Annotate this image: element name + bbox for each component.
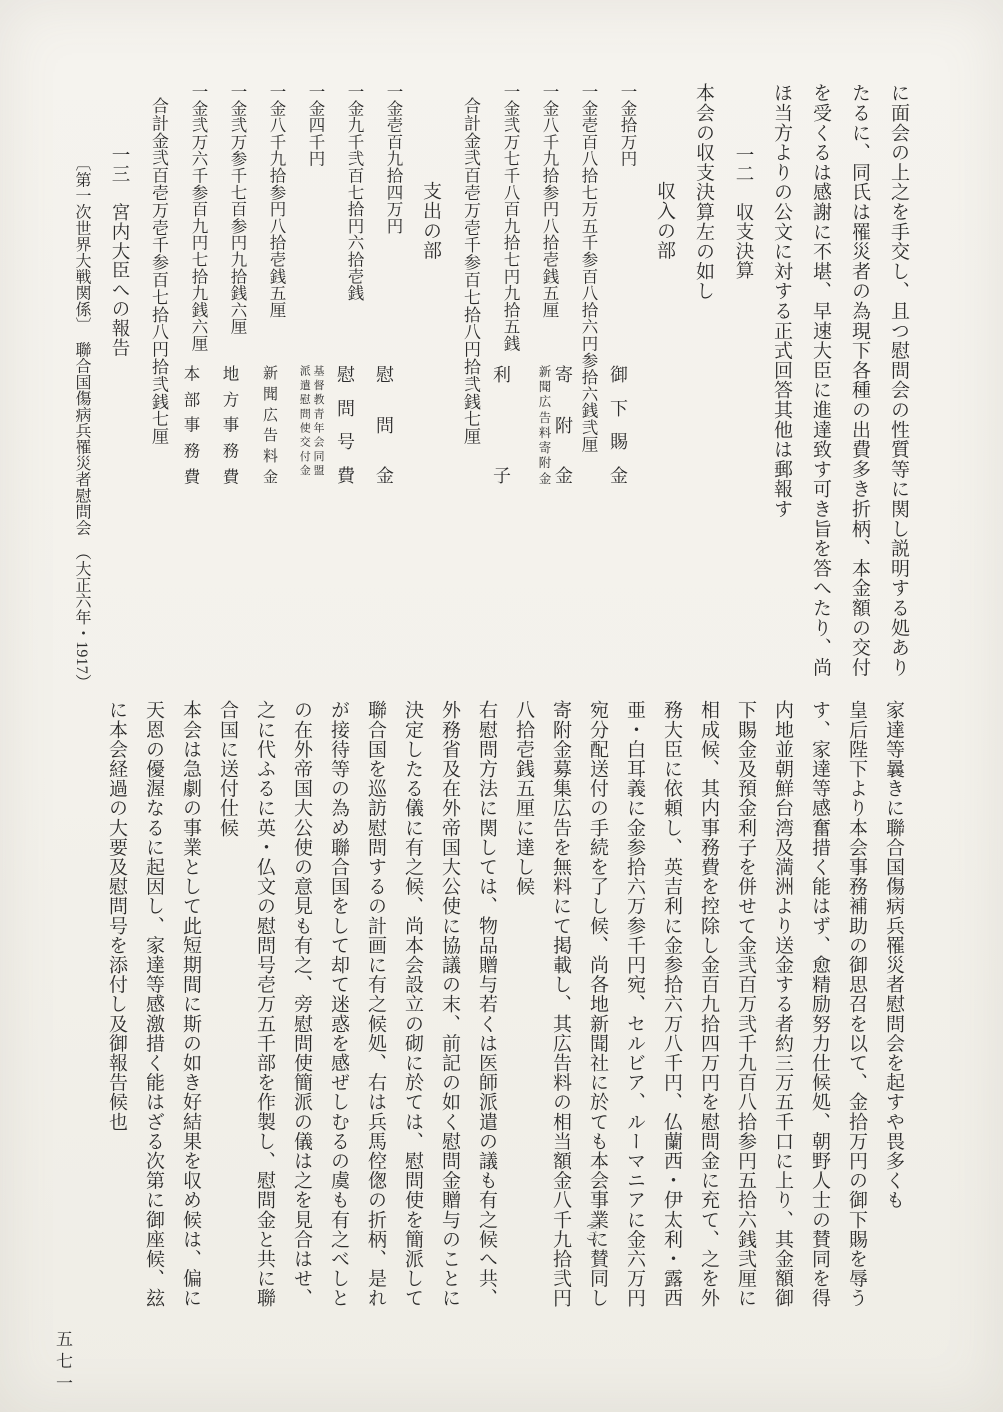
body-line: たるに、同氏は罹災者の為現下各種の出費多き折柄、本金額の交付 — [834, 83, 873, 683]
label-char: 新 — [535, 365, 553, 378]
report-line: 務大臣に依頼し、英吉利に金参拾六万八千円、仏蘭西・伊太利・露西 — [648, 700, 685, 1315]
label-char: 広 — [535, 395, 553, 408]
amount-text: 一金壱百八拾七万五千参百八拾六円参拾六銭弐厘 — [579, 83, 598, 453]
report-line: 八拾壱銭五厘に達し候 — [500, 700, 537, 1315]
report-line: 聯合国を巡訪慰問するの計画に有之候処、右は兵馬倥偬の折柄、是れ — [352, 700, 389, 1315]
amount-text: 一金弐万七千八百九拾七円九拾五銭 — [501, 83, 520, 352]
scanned-document-page: に面会の上之を手交し、且つ慰問会の性質等に関し説明する処あり たるに、同氏は罹災… — [0, 0, 1003, 1412]
expense-item: 一金四千円 基督教青年会同盟 派遣慰問使交付金 — [288, 83, 327, 683]
amount-label: 本部事務費 — [178, 365, 202, 485]
bottom-text-block: 家達等曩きに聯合国傷病兵罹災者慰問会を起すや畏多くも 皇后陛下より本会事務補助の… — [93, 700, 907, 1315]
report-line: 天恩の優渥なるに起因し、家達等感激措く能はざる次第に御座候、玆 — [130, 700, 167, 1315]
report-line: 決定したる儀に有之候、尚本会設立の砌に於ては、慰問使を簡派して — [389, 700, 426, 1315]
label-char: 事 — [178, 416, 202, 433]
amount-text: 一金弐万六千参百九円七拾九銭六厘 — [189, 83, 208, 352]
label-char: 子 — [488, 466, 514, 485]
report-line: 下賜金及預金利子を併せて金弐百万弐千九百八拾参円五拾六銭弐厘に — [722, 700, 759, 1315]
amount-label-line: 派遣慰問使交付金 — [297, 365, 311, 489]
label-char: 聞 — [259, 386, 280, 402]
report-line: す、家達等感奮措く能はず、愈精励努力仕候処、朝野人士の賛同を得 — [796, 700, 833, 1315]
report-line: 合国に送付仕候 — [204, 700, 241, 1315]
expense-part-header: 支出の部 — [405, 83, 444, 781]
expense-total-line: 合計金弐百壱万壱千参百七拾八円拾弐銭七厘 — [132, 83, 171, 697]
top-text-block: に面会の上之を手交し、且つ慰問会の性質等に関し説明する処あり たるに、同氏は罹災… — [54, 83, 912, 683]
amount-label: 慰問金 — [371, 365, 397, 485]
label-char: 問 — [332, 399, 358, 418]
page-number: 五七一 — [50, 1330, 75, 1396]
report-line: の在外帝国大公使の意見も有之、旁慰問使簡派の儀は之を見合はせ、 — [278, 700, 315, 1315]
label-char: 本 — [178, 365, 202, 382]
report-line: 内地並朝鮮台湾及満洲より送金する者約三万五千口に上り、其金額御 — [759, 700, 796, 1315]
intro-line: 本会の収支決算左の如し — [678, 83, 717, 683]
report-line: 外務省及在外帝国大公使に協議の末、前記の如く慰問金贈与のことに — [426, 700, 463, 1315]
label-char: 新 — [259, 365, 280, 381]
amount-text: 一金拾万円 — [618, 83, 637, 167]
label-char: 広 — [259, 407, 280, 423]
amount-text: 一金八千九拾参円八拾壱銭五厘 — [540, 83, 559, 318]
report-line: 之に代ふるに英・仏文の慰問号壱万五千部を作製し、慰問金と共に聯 — [241, 700, 278, 1315]
label-char: 号 — [332, 432, 358, 451]
report-line: 宛分配送付の手続を了し候、尚各地新聞社に於ても本会事業に賛同し (三) — [574, 700, 611, 1315]
amount-text: 一金四千円 — [306, 83, 325, 167]
report-line: が接待等の為め聯合国をして却て迷惑を感ぜしむるの虞も有之べしと — [315, 700, 352, 1315]
expense-item: 一金壱百九拾四万円 慰問金 — [366, 83, 405, 683]
section-heading-13: 一三 宮内大臣への報告 — [93, 83, 132, 745]
amount-label: 慰問号費 — [332, 365, 358, 485]
label-char: 告 — [535, 411, 553, 424]
label-char: 慰 — [332, 365, 358, 384]
amount-text: 一金弐万参千七百参円九拾銭六厘 — [228, 83, 247, 335]
income-item: 一金壱百八拾七万五千参百八拾六円参拾六銭弐厘 寄附金 — [561, 83, 600, 683]
label-char: 事 — [217, 416, 241, 433]
expense-item: 一金九千弐百七拾円六拾壱銭 慰問号費 — [327, 83, 366, 683]
report-line: 相成候、其内事務費を控除し金百九拾四万円を慰問金に充て、之を外 — [685, 700, 722, 1315]
amount-label: 御下賜金 — [605, 365, 631, 485]
label-char: 賜 — [605, 432, 631, 451]
report-line: に本会経過の大要及慰問号を添付し及御報告候也 — [93, 700, 130, 1315]
report-line: 皇后陛下より本会事務補助の御思召を以て、金拾万円の御下賜を辱う — [833, 700, 870, 1315]
section-heading-12: 一二 収支決算 — [717, 83, 756, 745]
income-item: 一金八千九拾参円八拾壱銭五厘 新聞広告料寄附金 — [522, 83, 561, 683]
amount-text: 一金壱百九拾四万円 — [384, 83, 403, 234]
report-line: 右慰問方法に関しては、物品贈与若くは医師派遣の議も有之候へ共、 — [463, 700, 500, 1315]
label-char: 務 — [178, 442, 202, 459]
amount-label: 基督教青年会同盟 派遣慰問使交付金 — [297, 365, 325, 489]
label-char: 下 — [605, 399, 631, 418]
label-char: 金 — [605, 466, 631, 485]
amount-label: 新聞広告料寄附金 — [535, 365, 553, 485]
expense-item: 一金弐万参千七百参円九拾銭六厘 地方事務費 — [210, 83, 249, 683]
label-char: 御 — [605, 365, 631, 384]
label-char: 慰 — [371, 365, 397, 384]
label-char: 附 — [535, 456, 553, 469]
amount-text: 一金八千九拾参円八拾壱銭五厘 — [267, 83, 286, 318]
source-attribution-line: 〔第一次世界大戦関係〕 聯合国傷病兵罹災者慰問会 （大正六年・1917） — [54, 83, 93, 755]
report-line: 本会は急劇の事業として此短期間に斯の如き好結果を収め候は、偏に — [167, 700, 204, 1315]
label-char: 部 — [178, 391, 202, 408]
label-char: 地 — [217, 365, 241, 382]
income-item: 一金拾万円 御下賜金 — [600, 83, 639, 683]
label-char: 費 — [217, 468, 241, 485]
label-char: 金 — [535, 472, 553, 485]
interlinear-note: (三) — [584, 1224, 599, 1241]
amount-label: 地方事務費 — [217, 365, 241, 485]
label-char: 費 — [332, 466, 358, 485]
label-char: 利 — [488, 365, 514, 384]
amount-text: 一金九千弐百七拾円六拾壱銭 — [345, 83, 364, 301]
label-char: 料 — [259, 448, 280, 464]
label-char: 聞 — [535, 380, 553, 393]
label-char: 告 — [259, 427, 280, 443]
label-char: 金 — [371, 466, 397, 485]
report-line-text: 宛分配送付の手続を了し候、尚各地新聞社に於ても本会事業に賛同し — [587, 700, 608, 1308]
label-char: 金 — [259, 469, 280, 485]
amount-label-line: 基督教青年会同盟 — [310, 365, 324, 489]
report-line: 亜・白耳義に金参拾六万参千円宛、セルビア、ルーマニアに金六万円 — [611, 700, 648, 1315]
amount-label: 新聞広告料金 — [259, 365, 280, 485]
body-line: に面会の上之を手交し、且つ慰問会の性質等に関し説明する処あり — [873, 83, 912, 683]
report-line: 家達等曩きに聯合国傷病兵罹災者慰問会を起すや畏多くも — [870, 700, 907, 1315]
income-part-header: 収入の部 — [639, 83, 678, 781]
expense-item: 一金弐万六千参百九円七拾九銭六厘 本部事務費 — [171, 83, 210, 683]
income-total-line: 合計金弐百壱万壱千参百七拾八円拾弐銭七厘 — [444, 83, 483, 697]
label-char: 務 — [217, 442, 241, 459]
label-char: 料 — [535, 426, 553, 439]
label-char: 方 — [217, 391, 241, 408]
label-char: 問 — [371, 416, 397, 435]
income-item: 一金弐万七千八百九拾七円九拾五銭 利子 — [483, 83, 522, 683]
label-char: 寄 — [535, 441, 553, 454]
body-line: ほ当方よりの公文に対する正式回答其他は郵報す — [756, 83, 795, 683]
body-line: を受くるは感謝に不堪、早速大臣に進達致す可き旨を答へたり、尚 — [795, 83, 834, 683]
label-char: 費 — [178, 468, 202, 485]
expense-item: 一金八千九拾参円八拾壱銭五厘 新聞広告料金 — [249, 83, 288, 683]
report-line: 寄附金募集広告を無料にて掲載し、其広告料の相当額金八千九拾弐円 — [537, 700, 574, 1315]
amount-label: 利子 — [488, 365, 514, 485]
